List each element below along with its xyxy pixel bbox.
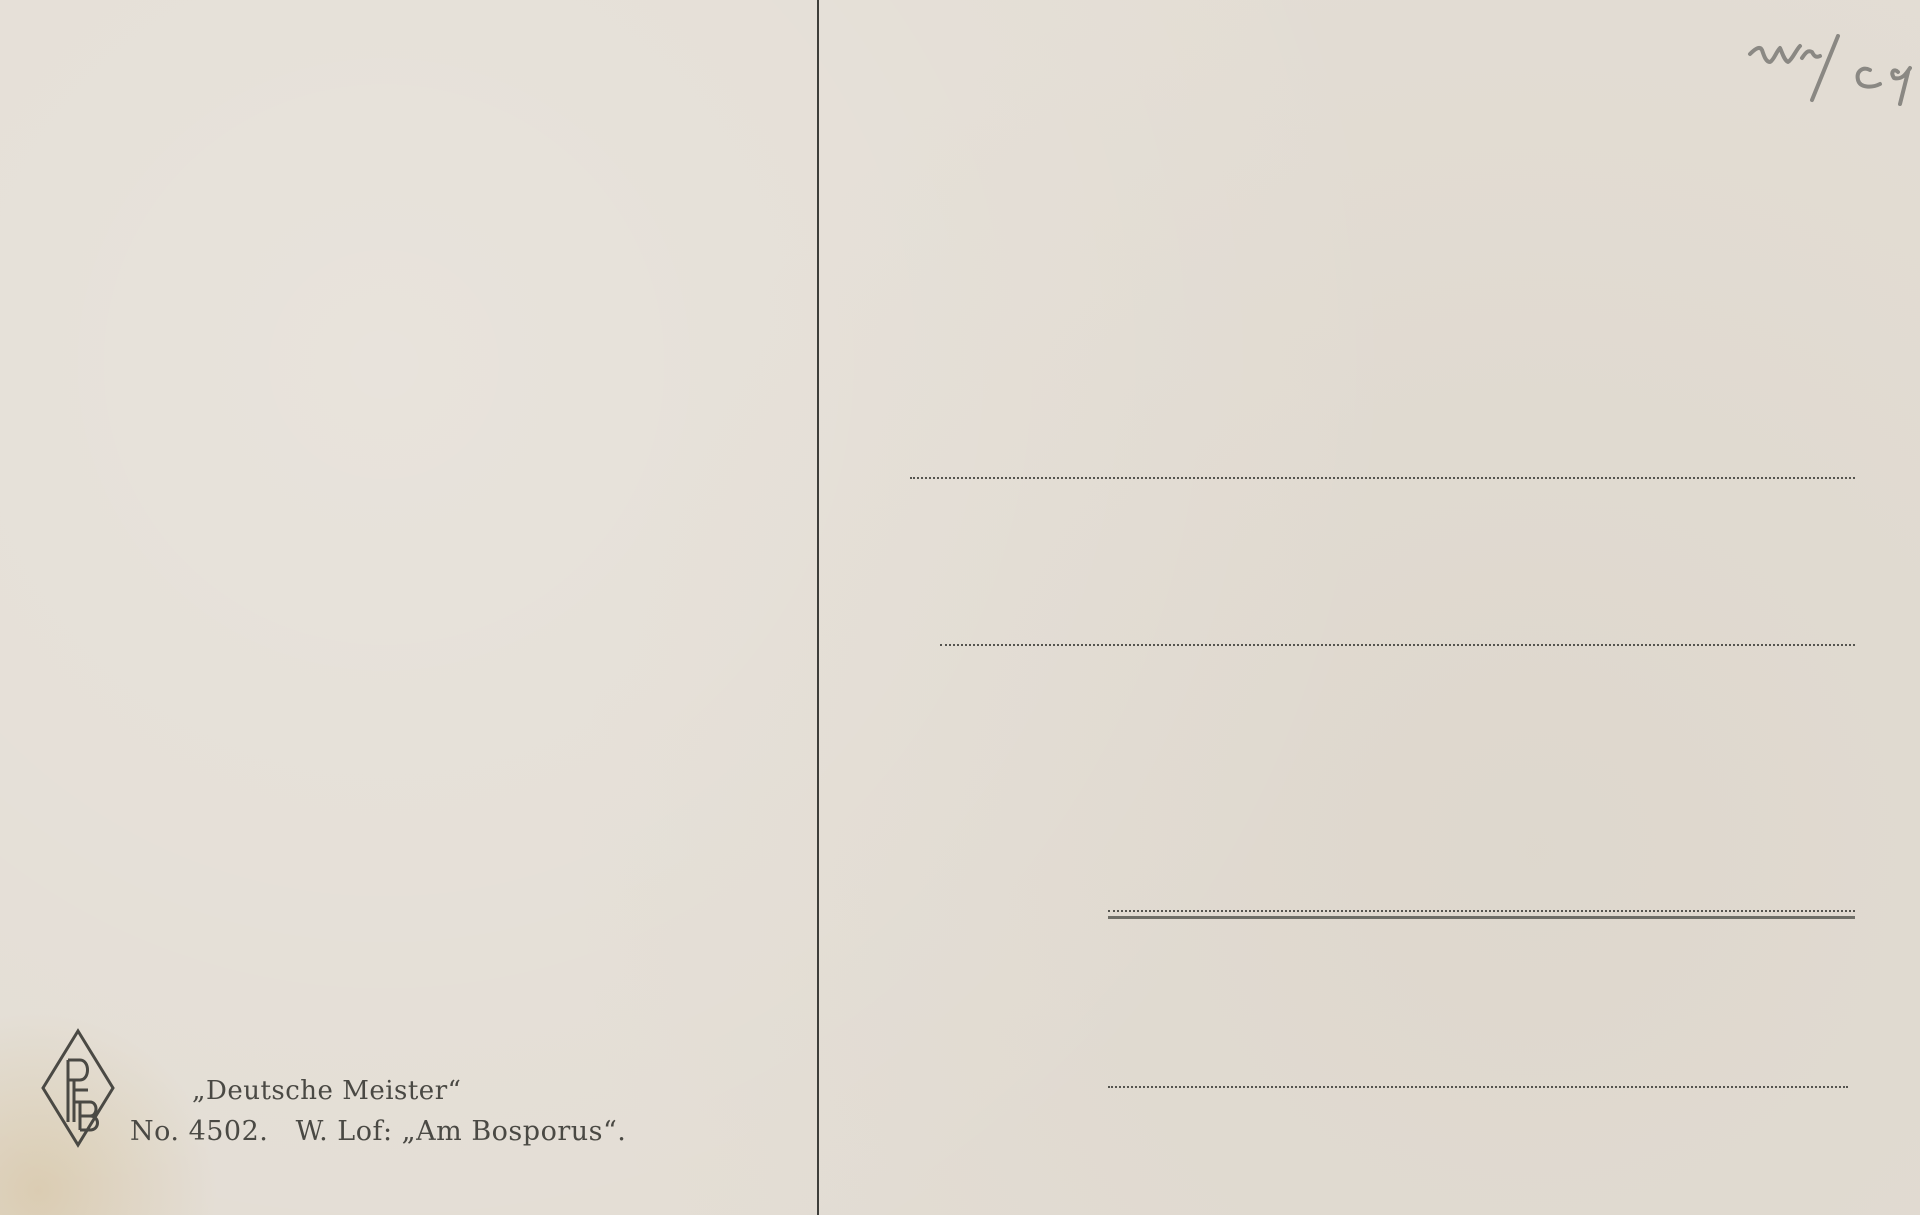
- publisher-logo: [40, 1028, 116, 1148]
- artwork-title-caption: No. 4502. W. Lof: „Am Bosporus“.: [130, 1116, 626, 1147]
- address-line-4: [1108, 1086, 1848, 1088]
- address-line-3: [1108, 910, 1855, 912]
- address-line-2: [940, 644, 1855, 646]
- pfb-diamond-logo-icon: [40, 1028, 116, 1148]
- handwritten-note: nr/29: [1742, 22, 1912, 112]
- series-caption: „Deutsche Meister“: [192, 1076, 461, 1106]
- address-line-1: [910, 477, 1855, 479]
- handwriting-icon: [1742, 22, 1912, 112]
- center-divider-line: [817, 0, 819, 1215]
- address-line-3-underline: [1108, 916, 1855, 919]
- postcard-back: nr/29 „Deutsche Meister“ No. 4502. W. Lo…: [0, 0, 1920, 1215]
